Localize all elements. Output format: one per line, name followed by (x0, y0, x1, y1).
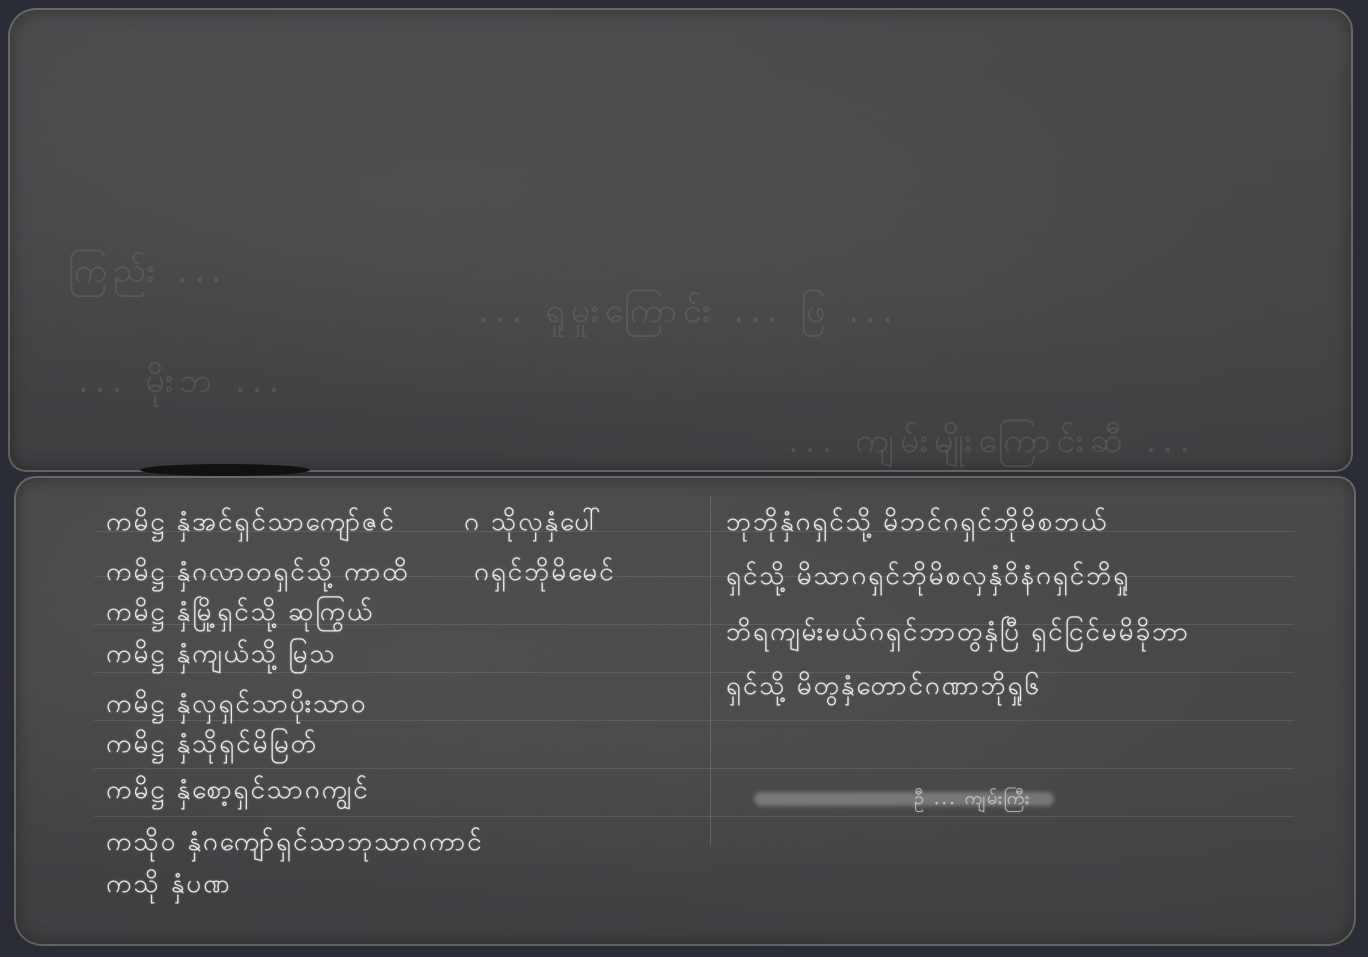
left-text-line: ကမိဋ္ဌ နှံသိုရှင်မိမြတ် (106, 726, 318, 765)
signature-text: ဦ ... ကျမ်းကြီး (914, 786, 1031, 813)
manuscript-top-leaf: ကြည်း ... ... ရှုမှုးကြောင်း ... ဖြ ... … (8, 8, 1353, 472)
right-text-line: ဘိရကျမ်းမယ်ဂရှင်ဘာတွနှံပြီ ရှင်ငြင်မမိခိ… (726, 614, 1190, 653)
left-text-line: ကမိဋ္ဌ နှံကျယ်သို့ မြသ (106, 636, 337, 675)
left-text-line: ကသို နှံပဏ (106, 866, 231, 905)
aside-text-line: ဂရှင်ဘိုမိမေင် (474, 554, 616, 593)
left-text-line: ကမိဋ္ဌ နှံဂလာတရှင်သို့ ကာထိ (106, 554, 409, 593)
right-text-line: ဘုဘိုနှံဂရှင်သို့ မိဘင်ဂရှင်ဘိုမိစဘယ် (726, 504, 1108, 543)
right-text-line: ရှင်သို့ မိသာဂရှင်ဘိုမိစလှနှံဝိနံဂရှင်ဘိ… (726, 558, 1130, 597)
left-text-line: ကမိဋ္ဌ နှံမြို့ရှင်သို့ ဆုကြွယ် (106, 594, 374, 633)
left-text-line: ကသိုဝ နှံဂကျော်ရှင်သာဘုသာဂကာင် (106, 824, 484, 863)
column-divider (710, 496, 711, 846)
faded-text-line: ... ရှုမှုးကြောင်း ... ဖြ ... (478, 288, 899, 339)
faded-text-line: ... ကျမ်းမျိုးကြောင်းဆီ ... (788, 418, 1196, 469)
faded-text-line: ကြည်း ... (68, 248, 228, 299)
right-text-line: ရှင်သို့ မိတွနှံတောင်ဂဏာဘိုရှု၆ (726, 668, 1041, 707)
left-text-line: ကမိဋ္ဌ နှံလှရှင်သာပိုးသာဝ (106, 686, 368, 725)
manuscript-bottom-leaf: ကမိဋ္ဌ နှံအင်ရှင်သာကျော်ဇင် ကမိဋ္ဌ နှံဂလ… (14, 476, 1356, 946)
left-text-line: ကမိဋ္ဌ နှံစော့ရှင်သာဂကျွင် (106, 772, 370, 811)
left-text-line: ကမိဋ္ဌ နှံအင်ရှင်သာကျော်ဇင် (106, 504, 396, 543)
ruled-line (94, 816, 1294, 817)
ruled-line (94, 768, 1294, 769)
faded-text-line: ... မိုးဘ ... (78, 358, 285, 409)
aside-text-line: ဂ သိုလှနှံပေါ် (464, 504, 603, 543)
fold-tear (140, 464, 310, 476)
